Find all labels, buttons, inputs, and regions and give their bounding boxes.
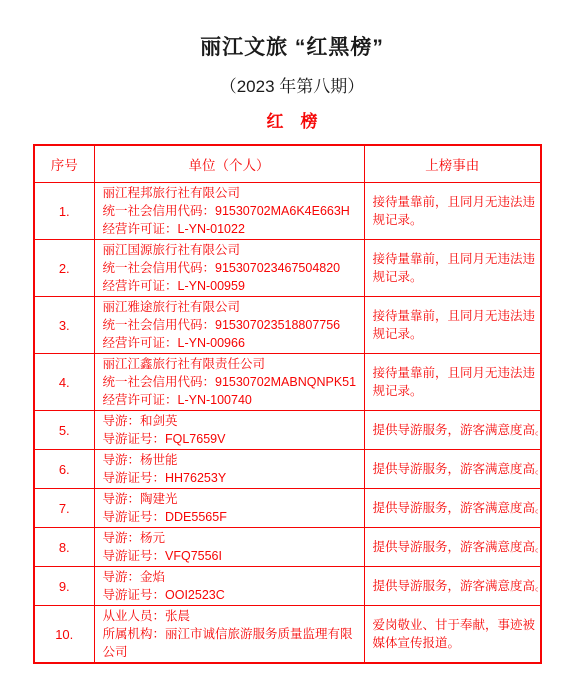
unit-line: 丽江雅途旅行社有限公司 [103, 298, 362, 316]
reason-cell: 提供导游服务，游客满意度高。 [364, 411, 541, 450]
unit-line: 导游：杨元 [103, 529, 362, 547]
unit-cell: 导游：金焰导游证号：OOI2523C [94, 567, 364, 606]
table-body: 1.丽江程邦旅行社有限公司统一社会信用代码：91530702MA6K4E663H… [34, 183, 541, 664]
unit-line: 统一社会信用代码：915307023467504820 [103, 259, 362, 277]
reason-line: 提供导游服务，游客满意度高。 [373, 460, 539, 478]
header-reason: 上榜事由 [364, 145, 541, 183]
reason-line: 提供导游服务，游客满意度高。 [373, 538, 539, 556]
table-row: 5.导游：和剑英导游证号：FQL7659V提供导游服务，游客满意度高。 [34, 411, 541, 450]
unit-line: 丽江国源旅行社有限公司 [103, 241, 362, 259]
unit-line: 导游：金焰 [103, 568, 362, 586]
unit-line: 公司 [103, 643, 362, 661]
reason-line: 接待量靠前，且同月无违法违 [373, 364, 539, 382]
reason-cell: 接待量靠前，且同月无违法违规记录。 [364, 240, 541, 297]
reason-line: 接待量靠前，且同月无违法违 [373, 307, 539, 325]
table-header: 序号 单位（个人） 上榜事由 [34, 145, 541, 183]
header-unit: 单位（个人） [94, 145, 364, 183]
unit-cell: 从业人员：张晨所属机构：丽江市诚信旅游服务质量监理有限公司 [94, 606, 364, 664]
unit-line: 经营许可证：L-YN-01022 [103, 220, 362, 238]
unit-line: 导游证号：OOI2523C [103, 586, 362, 604]
unit-line: 导游证号：DDE5565F [103, 508, 362, 526]
serial-number-cell: 9. [34, 567, 94, 606]
table-row: 3.丽江雅途旅行社有限公司统一社会信用代码：915307023518807756… [34, 297, 541, 354]
table-row: 2.丽江国源旅行社有限公司统一社会信用代码：915307023467504820… [34, 240, 541, 297]
serial-number-cell: 5. [34, 411, 94, 450]
reason-line: 媒体宣传报道。 [373, 634, 539, 652]
unit-cell: 丽江雅途旅行社有限公司统一社会信用代码：915307023518807756经营… [94, 297, 364, 354]
reason-line: 规记录。 [373, 382, 539, 400]
table-row: 10.从业人员：张晨所属机构：丽江市诚信旅游服务质量监理有限公司爱岗敬业、甘于奉… [34, 606, 541, 664]
document-title: 丽江文旅 “红黑榜” [0, 0, 584, 60]
serial-number-cell: 8. [34, 528, 94, 567]
table-row: 7.导游：陶建光导游证号：DDE5565F提供导游服务，游客满意度高。 [34, 489, 541, 528]
reason-cell: 提供导游服务，游客满意度高。 [364, 489, 541, 528]
reason-line: 规记录。 [373, 268, 539, 286]
reason-line: 爱岗敬业、甘于奉献，事迹被 [373, 616, 539, 634]
serial-number-cell: 1. [34, 183, 94, 240]
reason-line: 接待量靠前，且同月无违法违 [373, 250, 539, 268]
table-header-row: 序号 单位（个人） 上榜事由 [34, 145, 541, 183]
document-subtitle: （2023 年第八期） [0, 77, 584, 97]
unit-line: 从业人员：张晨 [103, 607, 362, 625]
serial-number-cell: 4. [34, 354, 94, 411]
unit-cell: 丽江江鑫旅行社有限责任公司统一社会信用代码：91530702MABNQNPK51… [94, 354, 364, 411]
unit-cell: 导游：杨世能导游证号：HH76253Y [94, 450, 364, 489]
reason-cell: 接待量靠前，且同月无违法违规记录。 [364, 354, 541, 411]
document-page: 丽江文旅 “红黑榜” （2023 年第八期） 红 榜 序号 单位（个人） 上榜事… [0, 0, 584, 690]
unit-line: 统一社会信用代码：91530702MABNQNPK51 [103, 373, 362, 391]
unit-line: 丽江江鑫旅行社有限责任公司 [103, 355, 362, 373]
table-row: 6.导游：杨世能导游证号：HH76253Y提供导游服务，游客满意度高。 [34, 450, 541, 489]
reason-cell: 爱岗敬业、甘于奉献，事迹被媒体宣传报道。 [364, 606, 541, 664]
reason-line: 提供导游服务，游客满意度高。 [373, 421, 539, 439]
unit-cell: 丽江程邦旅行社有限公司统一社会信用代码：91530702MA6K4E663H经营… [94, 183, 364, 240]
reason-line: 接待量靠前，且同月无违法违 [373, 193, 539, 211]
unit-cell: 导游：杨元导游证号：VFQ7556I [94, 528, 364, 567]
unit-line: 丽江程邦旅行社有限公司 [103, 184, 362, 202]
unit-line: 导游：陶建光 [103, 490, 362, 508]
reason-cell: 提供导游服务，游客满意度高。 [364, 528, 541, 567]
unit-line: 经营许可证：L-YN-00966 [103, 334, 362, 352]
reason-line: 提供导游服务，游客满意度高。 [373, 577, 539, 595]
unit-line: 经营许可证：L-YN-100740 [103, 391, 362, 409]
serial-number-cell: 6. [34, 450, 94, 489]
unit-line: 导游：杨世能 [103, 451, 362, 469]
reason-line: 提供导游服务，游客满意度高。 [373, 499, 539, 517]
serial-number-cell: 3. [34, 297, 94, 354]
unit-line: 统一社会信用代码：915307023518807756 [103, 316, 362, 334]
serial-number-cell: 2. [34, 240, 94, 297]
reason-cell: 接待量靠前，且同月无违法违规记录。 [364, 297, 541, 354]
unit-line: 经营许可证：L-YN-00959 [103, 277, 362, 295]
header-serial-number: 序号 [34, 145, 94, 183]
table-row: 8.导游：杨元导游证号：VFQ7556I提供导游服务，游客满意度高。 [34, 528, 541, 567]
unit-cell: 导游：和剑英导游证号：FQL7659V [94, 411, 364, 450]
unit-line: 统一社会信用代码：91530702MA6K4E663H [103, 202, 362, 220]
serial-number-cell: 10. [34, 606, 94, 664]
table-row: 4.丽江江鑫旅行社有限责任公司统一社会信用代码：91530702MABNQNPK… [34, 354, 541, 411]
unit-line: 所属机构：丽江市诚信旅游服务质量监理有限 [103, 625, 362, 643]
reason-cell: 提供导游服务，游客满意度高。 [364, 567, 541, 606]
unit-cell: 丽江国源旅行社有限公司统一社会信用代码：915307023467504820经营… [94, 240, 364, 297]
red-list-section-title: 红 榜 [0, 112, 584, 131]
unit-line: 导游：和剑英 [103, 412, 362, 430]
reason-line: 规记录。 [373, 211, 539, 229]
table-row: 9.导游：金焰导游证号：OOI2523C提供导游服务，游客满意度高。 [34, 567, 541, 606]
red-list-table: 序号 单位（个人） 上榜事由 1.丽江程邦旅行社有限公司统一社会信用代码：915… [33, 144, 542, 664]
unit-cell: 导游：陶建光导游证号：DDE5565F [94, 489, 364, 528]
reason-line: 规记录。 [373, 325, 539, 343]
serial-number-cell: 7. [34, 489, 94, 528]
unit-line: 导游证号：FQL7659V [103, 430, 362, 448]
unit-line: 导游证号：HH76253Y [103, 469, 362, 487]
reason-cell: 接待量靠前，且同月无违法违规记录。 [364, 183, 541, 240]
table-row: 1.丽江程邦旅行社有限公司统一社会信用代码：91530702MA6K4E663H… [34, 183, 541, 240]
reason-cell: 提供导游服务，游客满意度高。 [364, 450, 541, 489]
unit-line: 导游证号：VFQ7556I [103, 547, 362, 565]
